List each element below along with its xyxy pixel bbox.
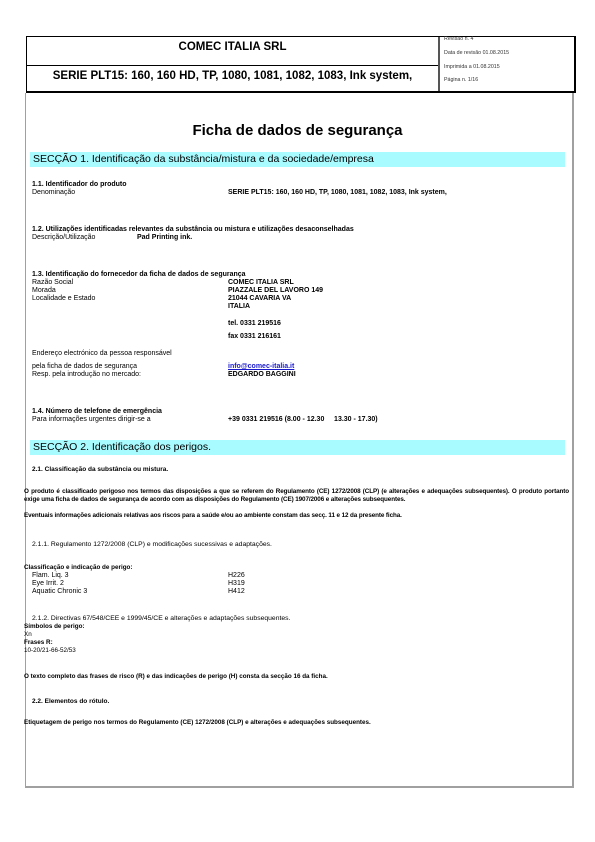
phrases-label: Frases R:: [24, 639, 53, 647]
printed-date: Imprimida a 01.08.2015: [444, 64, 500, 70]
document-title: Ficha de dados de segurança: [0, 122, 595, 139]
resp-label: Resp. pela introdução no mercado:: [32, 371, 141, 379]
revision-number: Revisão n. 4: [444, 36, 473, 42]
emergency-phone: +39 0331 219516 (8.00 - 12.30 13.30 - 17…: [228, 416, 378, 424]
page-number: Página n. 1/16: [444, 77, 478, 83]
supplier-label-name: Razão Social: [32, 279, 73, 287]
product-denomination: SERIE PLT15: 160, 160 HD, TP, 1080, 1081…: [228, 189, 447, 197]
s1-2-label: Descrição/Utilização: [32, 234, 95, 242]
supplier-country: ITALIA: [228, 303, 250, 311]
s1-3-heading: 1.3. Identificação do fornecedor da fich…: [32, 271, 246, 279]
header-left: COMEC ITALIA SRL SERIE PLT15: 160, 160 H…: [27, 37, 440, 91]
phrases-value: 10-20/21-66-52/53: [24, 647, 76, 655]
email-label-2: pela ficha de dados de segurança: [32, 363, 137, 371]
supplier-fax: fax 0331 216161: [228, 333, 281, 341]
s2-1-2-heading: 2.1.2. Directivas 67/548/CEE e 1999/45/C…: [32, 615, 290, 623]
supplier-address: PIAZZALE DEL LAVORO 149: [228, 287, 323, 295]
s1-1-heading: 1.1. Identificador do produto: [32, 181, 127, 189]
hazard-class-2: Eye Irrit. 2: [32, 580, 64, 588]
hazard-code-2: H319: [228, 580, 245, 588]
s1-1-label: Denominação: [32, 189, 75, 197]
symbols-value: Xn: [24, 631, 32, 639]
full-text-note: O texto completo das frases de risco (R)…: [24, 673, 328, 681]
resp-value: EDGARDO BAGGINI: [228, 371, 296, 379]
s1-4-label: Para informações urgentes dirigir-se a: [32, 416, 151, 424]
hazard-class-1: Flam. Liq. 3: [32, 572, 69, 580]
s1-4-heading: 1.4. Número de telefone de emergência: [32, 408, 162, 416]
supplier-tel: tel. 0331 219516: [228, 320, 281, 328]
classification-paragraph-2: Eventuais informações adicionais relativ…: [24, 512, 569, 520]
page-header: COMEC ITALIA SRL SERIE PLT15: 160, 160 H…: [26, 36, 576, 93]
section-1-title: SECÇÃO 1. Identificação da substância/mi…: [30, 152, 565, 167]
s1-2-heading: 1.2. Utilizações identificadas relevante…: [32, 226, 354, 234]
symbols-label: Símbolos de perigo:: [24, 623, 85, 631]
s2-2-heading: 2.2. Elementos do rótulo.: [32, 698, 109, 706]
classification-label: Classificação e indicação de perigo:: [24, 564, 133, 572]
product-use: Pad Printing ink.: [137, 234, 192, 242]
company-name: COMEC ITALIA SRL: [27, 37, 438, 66]
supplier-label-address: Morada: [32, 287, 56, 295]
label-elements-text: Etiquetagem de perigo nos termos do Regu…: [24, 719, 371, 727]
supplier-locality: 21044 CAVARIA VA: [228, 295, 291, 303]
revision-date: Data de revisão 01.08.2015: [444, 50, 509, 56]
contact-email-link[interactable]: info@comec-italia.it: [228, 363, 294, 371]
section-2-title: SECÇÃO 2. Identificação dos perigos.: [30, 440, 565, 455]
supplier-label-locality: Localidade e Estado: [32, 295, 95, 303]
hazard-code-3: H412: [228, 588, 245, 596]
supplier-name: COMEC ITALIA SRL: [228, 279, 294, 287]
hazard-code-1: H226: [228, 572, 245, 580]
classification-paragraph: O produto é classificado perigoso nos te…: [24, 488, 569, 504]
email-label-1: Endereço electrónico da pessoa responsáv…: [32, 350, 172, 358]
hazard-class-3: Aquatic Chronic 3: [32, 588, 87, 596]
s2-1-1-heading: 2.1.1. Regulamento 1272/2008 (CLP) e mod…: [32, 541, 272, 549]
s2-1-heading: 2.1. Classificação da substância ou mist…: [32, 466, 168, 474]
product-name: SERIE PLT15: 160, 160 HD, TP, 1080, 1081…: [27, 65, 438, 92]
